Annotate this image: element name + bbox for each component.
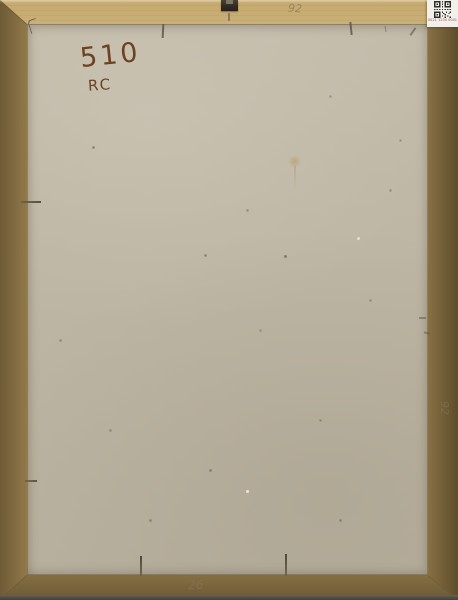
qr-label-code: 0021 1234 00012: [428, 18, 457, 22]
pencil-mark-top: 92: [288, 2, 303, 16]
framed-artwork-back-photo: 510 RC 92 92 26: [0, 0, 458, 600]
qr-sticker: 0021 1234 00012: [427, 0, 458, 27]
backing-board: 510 RC: [27, 24, 428, 575]
initials-handwriting: RC: [87, 75, 112, 95]
inventory-number-handwriting: 510: [79, 37, 142, 74]
hanger-notch: [226, 0, 233, 4]
stain-drip: [294, 166, 296, 192]
tick-mark-right-1: [419, 317, 426, 319]
frame-drop-shadow: [0, 595, 458, 600]
hanger-bracket: [221, 0, 238, 11]
pencil-mark-bottom: 26: [188, 578, 204, 593]
nail-mark-bottom-1: [140, 556, 142, 576]
tick-mark-under-hanger: [228, 13, 230, 21]
pencil-mark-right: 92: [438, 401, 451, 415]
nail-mark-left-2: [25, 480, 37, 482]
nail-mark-bottom-2: [285, 554, 287, 576]
qr-code-icon: [434, 1, 451, 18]
nail-mark-left-1: [21, 201, 41, 203]
